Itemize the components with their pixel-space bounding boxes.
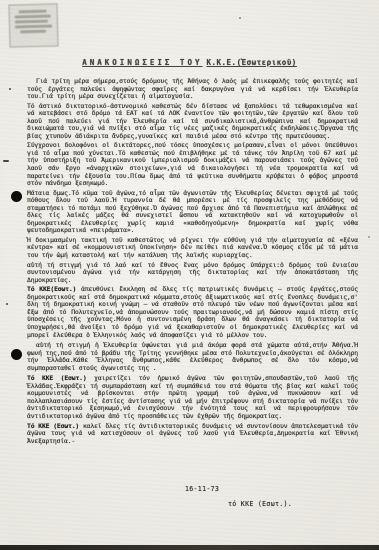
scan-speck [9, 88, 11, 90]
paragraph-lead: Τό ΚΚΕ(Εσωτ.) [27, 285, 81, 293]
paragraph: αὐτή τή στιγμή ἡ Ἐλευθερία ὑψώνεται γιά … [27, 342, 358, 372]
scan-edge-shadow [0, 545, 379, 550]
paragraph: Γιά τρίτη μέρα σήμερα,στούς δρόμους τῆς … [27, 78, 358, 101]
paragraph: Ἡ δοκιμασμένη τακτική τοῦ καθεστῶτος νά … [27, 237, 358, 260]
title-main: ΑΝΑΚΟΙΝΩΣΕΙΣ ΤΟΥ [82, 58, 202, 67]
paragraph: Τό ΚΚΕ (Εσωτ.) χαιρετίζει τόν ἡρωικό ἀγῶ… [27, 375, 358, 420]
paragraph: Τό ΚΚΕ (Εσωτ.) καλεῖ ὅλες τίς ἀντιδικτατ… [27, 423, 358, 446]
punch-hole [11, 191, 22, 202]
paragraph: Τό ἀστικό δικτατορικό-ἀστυνομικό καθεστώ… [27, 103, 358, 141]
scan-speck [6, 303, 8, 305]
paragraph: Μάταια ὅμως.Τό κῦμα τοῦ ἀγώνα,τό αἷμα τῶ… [27, 190, 358, 235]
punch-hole [11, 349, 22, 360]
paragraph-lead: Τό ΚΚΕ (Εσωτ.) [27, 374, 94, 382]
paragraph: Τό ΚΚΕ(Εσωτ.) ἀπευθύνει ἔκκληση σέ ὅλες … [27, 286, 358, 339]
document-title: ΑΝΑΚΟΙΝΩΣΕΙΣ ΤΟΥΚ.Κ.Ε.(Ἐσωτερικοῦ) [0, 58, 379, 67]
signature: τό ΚΚΕ (Εσωτ.). [228, 500, 292, 508]
scan-speck [3, 160, 9, 162]
paragraph: αὐτή τή στιγμή γιά τό λαό καί τό ἔθνος ἕ… [27, 262, 358, 285]
paragraph-lead: Τό ΚΚΕ (Εσωτ.) [27, 422, 83, 430]
paragraph: Σύγχρονοι δολοφόνοι οἱ δικτάτορες,πού τό… [27, 142, 358, 187]
document-date: 16-11-73 [185, 485, 219, 493]
scan-speck [239, 17, 241, 19]
scan-speck [368, 236, 370, 238]
archive-stamp [8, 3, 58, 47]
document-body: Γιά τρίτη μέρα σήμερα,στούς δρόμους τῆς … [27, 78, 358, 447]
document-page: ΑΝΑΚΟΙΝΩΣΕΙΣ ΤΟΥΚ.Κ.Ε.(Ἐσωτερικοῦ) Γιά τ… [0, 0, 379, 550]
title-org: Κ.Κ.Ε.(Ἐσωτερικοῦ) [206, 58, 296, 67]
